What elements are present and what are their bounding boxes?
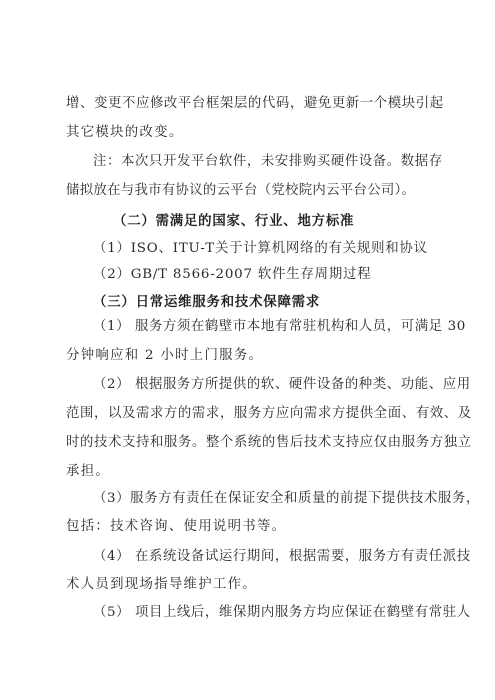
- section-heading-2: （二）需满足的国家、行业、地方标准: [113, 212, 354, 230]
- service-item-line: 分钟响应和 2 小时上门服务。: [66, 347, 263, 365]
- section-heading-3: （三）日常运维服务和技术保障需求: [93, 293, 320, 311]
- service-item-line: 范围，以及需求方的需求，服务方应向需求方提供全面、有效、及: [66, 405, 425, 423]
- document-page: 增、变更不应修改平台框架层的代码，避免更新一个模块引起 其它模块的改变。 注：本…: [0, 0, 495, 700]
- service-item-line: 包括：技术咨询、使用说明书等。: [66, 518, 286, 536]
- service-item-line: 术人员到现场指导维护工作。: [66, 576, 257, 594]
- paragraph-line: 增、变更不应修改平台框架层的代码，避免更新一个模块引起: [66, 95, 425, 113]
- service-item-line: 时的技术支持和服务。整个系统的售后技术支持应仅由服务方独立: [66, 434, 425, 452]
- service-item-line: （4） 在系统设备试运行期间，根据需要，服务方有责任派技: [93, 548, 425, 566]
- service-item-line: （5） 项目上线后，维保期内服务方均应保证在鹤壁有常驻人: [93, 604, 425, 622]
- note-line: 注：本次只开发平台软件，未安排购买硬件设备。数据存: [93, 153, 425, 171]
- service-item-line: （1） 服务方须在鹤壁市本地有常驻机构和人员，可满足 30: [93, 318, 425, 336]
- standard-item: （2）GB/T 8566-2007 软件生存周期过程: [93, 266, 371, 284]
- service-item-line: （3）服务方有责任在保证安全和质量的前提下提供技术服务，: [93, 490, 425, 508]
- note-line: 储拟放在与我市有协议的云平台（党校院内云平台公司）。: [66, 182, 415, 200]
- standard-item: （1）ISO、ITU-T关于计算机网络的有关规则和协议: [93, 240, 428, 258]
- service-item-line: （2） 根据服务方所提供的软、硬件设备的种类、功能、应用: [93, 376, 425, 394]
- service-item-line: 承担。: [66, 463, 110, 481]
- paragraph-line: 其它模块的改变。: [66, 124, 184, 142]
